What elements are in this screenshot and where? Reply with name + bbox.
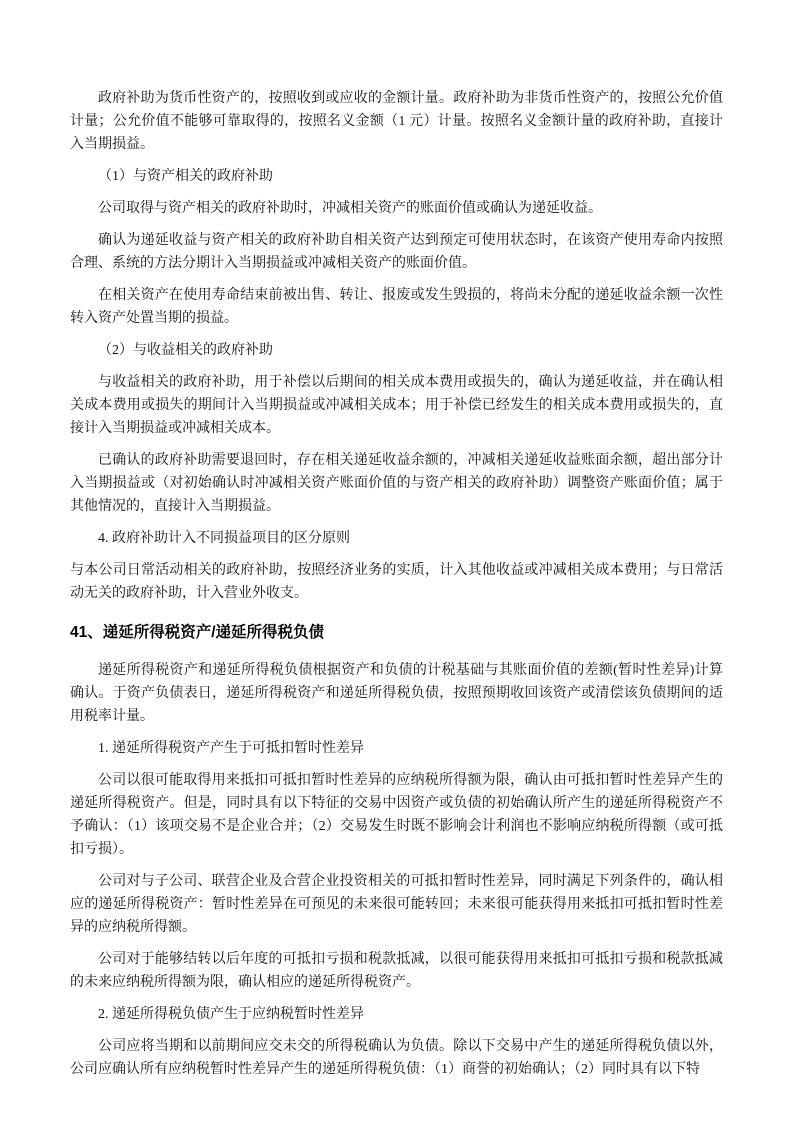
para-item2-taxable-difference-title: 2. 递延所得税负债产生于应纳税暂时性差异 — [70, 1003, 723, 1026]
section-government-subsidy: 政府补助为货币性资产的，按照收到或应收的金额计量。政府补助为非货币性资产的，按照… — [70, 87, 723, 605]
section-deferred-tax: 41、递延所得税资产/递延所得税负债 递延所得税资产和递延所得税负债根据资产和负… — [70, 621, 723, 1081]
para-deferred-tax-basis: 递延所得税资产和递延所得税负债根据资产和负债的计税基础与其账面价值的差额(暂时性… — [70, 659, 723, 728]
para-subsidiary-investment-difference: 公司对与子公司、联营企业及合营企业投资相关的可抵扣暂时性差异，同时满足下列条件的… — [70, 870, 723, 939]
document-page: 政府补助为货币性资产的，按照收到或应收的金额计量。政府补助为非货币性资产的，按照… — [0, 0, 793, 1122]
para-daily-activity-subsidy: 与本公司日常活动相关的政府补助，按照经济业务的实质，计入其他收益或冲减相关成本费… — [70, 559, 723, 605]
para-deferred-income-amortization: 确认为递延收益与资产相关的政府补助自相关资产达到预定可使用状态时，在该资产使用寿… — [70, 229, 723, 275]
para-subsidy-measurement: 政府补助为货币性资产的，按照收到或应收的金额计量。政府补助为非货币性资产的，按照… — [70, 87, 723, 156]
para-income-related-subsidy-recognition: 与收益相关的政府补助，用于补偿以后期间的相关成本费用或损失的，确认为递延收益，并… — [70, 371, 723, 440]
para-item4-classification-principle-title: 4. 政府补助计入不同损益项目的区分原则 — [70, 527, 723, 550]
para-income-related-subsidy-title: （2）与收益相关的政府补助 — [70, 339, 723, 362]
para-asset-disposal-before-life-end: 在相关资产在使用寿命结束前被出售、转让、报废或发生毁损的，将尚未分配的递延收益余… — [70, 284, 723, 330]
para-deferred-tax-asset-recognition: 公司以很可能取得用来抵扣可抵扣暂时性差异的应纳税所得额为限，确认由可抵扣暂时性差… — [70, 769, 723, 861]
para-deferred-tax-liability-recognition: 公司应将当期和以前期间应交未交的所得税确认为负债。除以下交易中产生的递延所得税负… — [70, 1035, 723, 1081]
section-heading-deferred-tax-41: 41、递延所得税资产/递延所得税负债 — [70, 621, 723, 644]
para-asset-related-subsidy-title: （1）与资产相关的政府补助 — [70, 165, 723, 188]
para-subsidy-refund: 已确认的政府补助需要退回时，存在相关递延收益余额的，冲减相关递延收益账面余额，超… — [70, 449, 723, 518]
para-asset-related-subsidy-recognition: 公司取得与资产相关的政府补助时，冲减相关资产的账面价值或确认为递延收益。 — [70, 197, 723, 220]
para-carryforward-losses: 公司对于能够结转以后年度的可抵扣亏损和税款抵减，以很可能获得用来抵扣可抵扣亏损和… — [70, 948, 723, 994]
para-item1-deductible-difference-title: 1. 递延所得税资产产生于可抵扣暂时性差异 — [70, 737, 723, 760]
